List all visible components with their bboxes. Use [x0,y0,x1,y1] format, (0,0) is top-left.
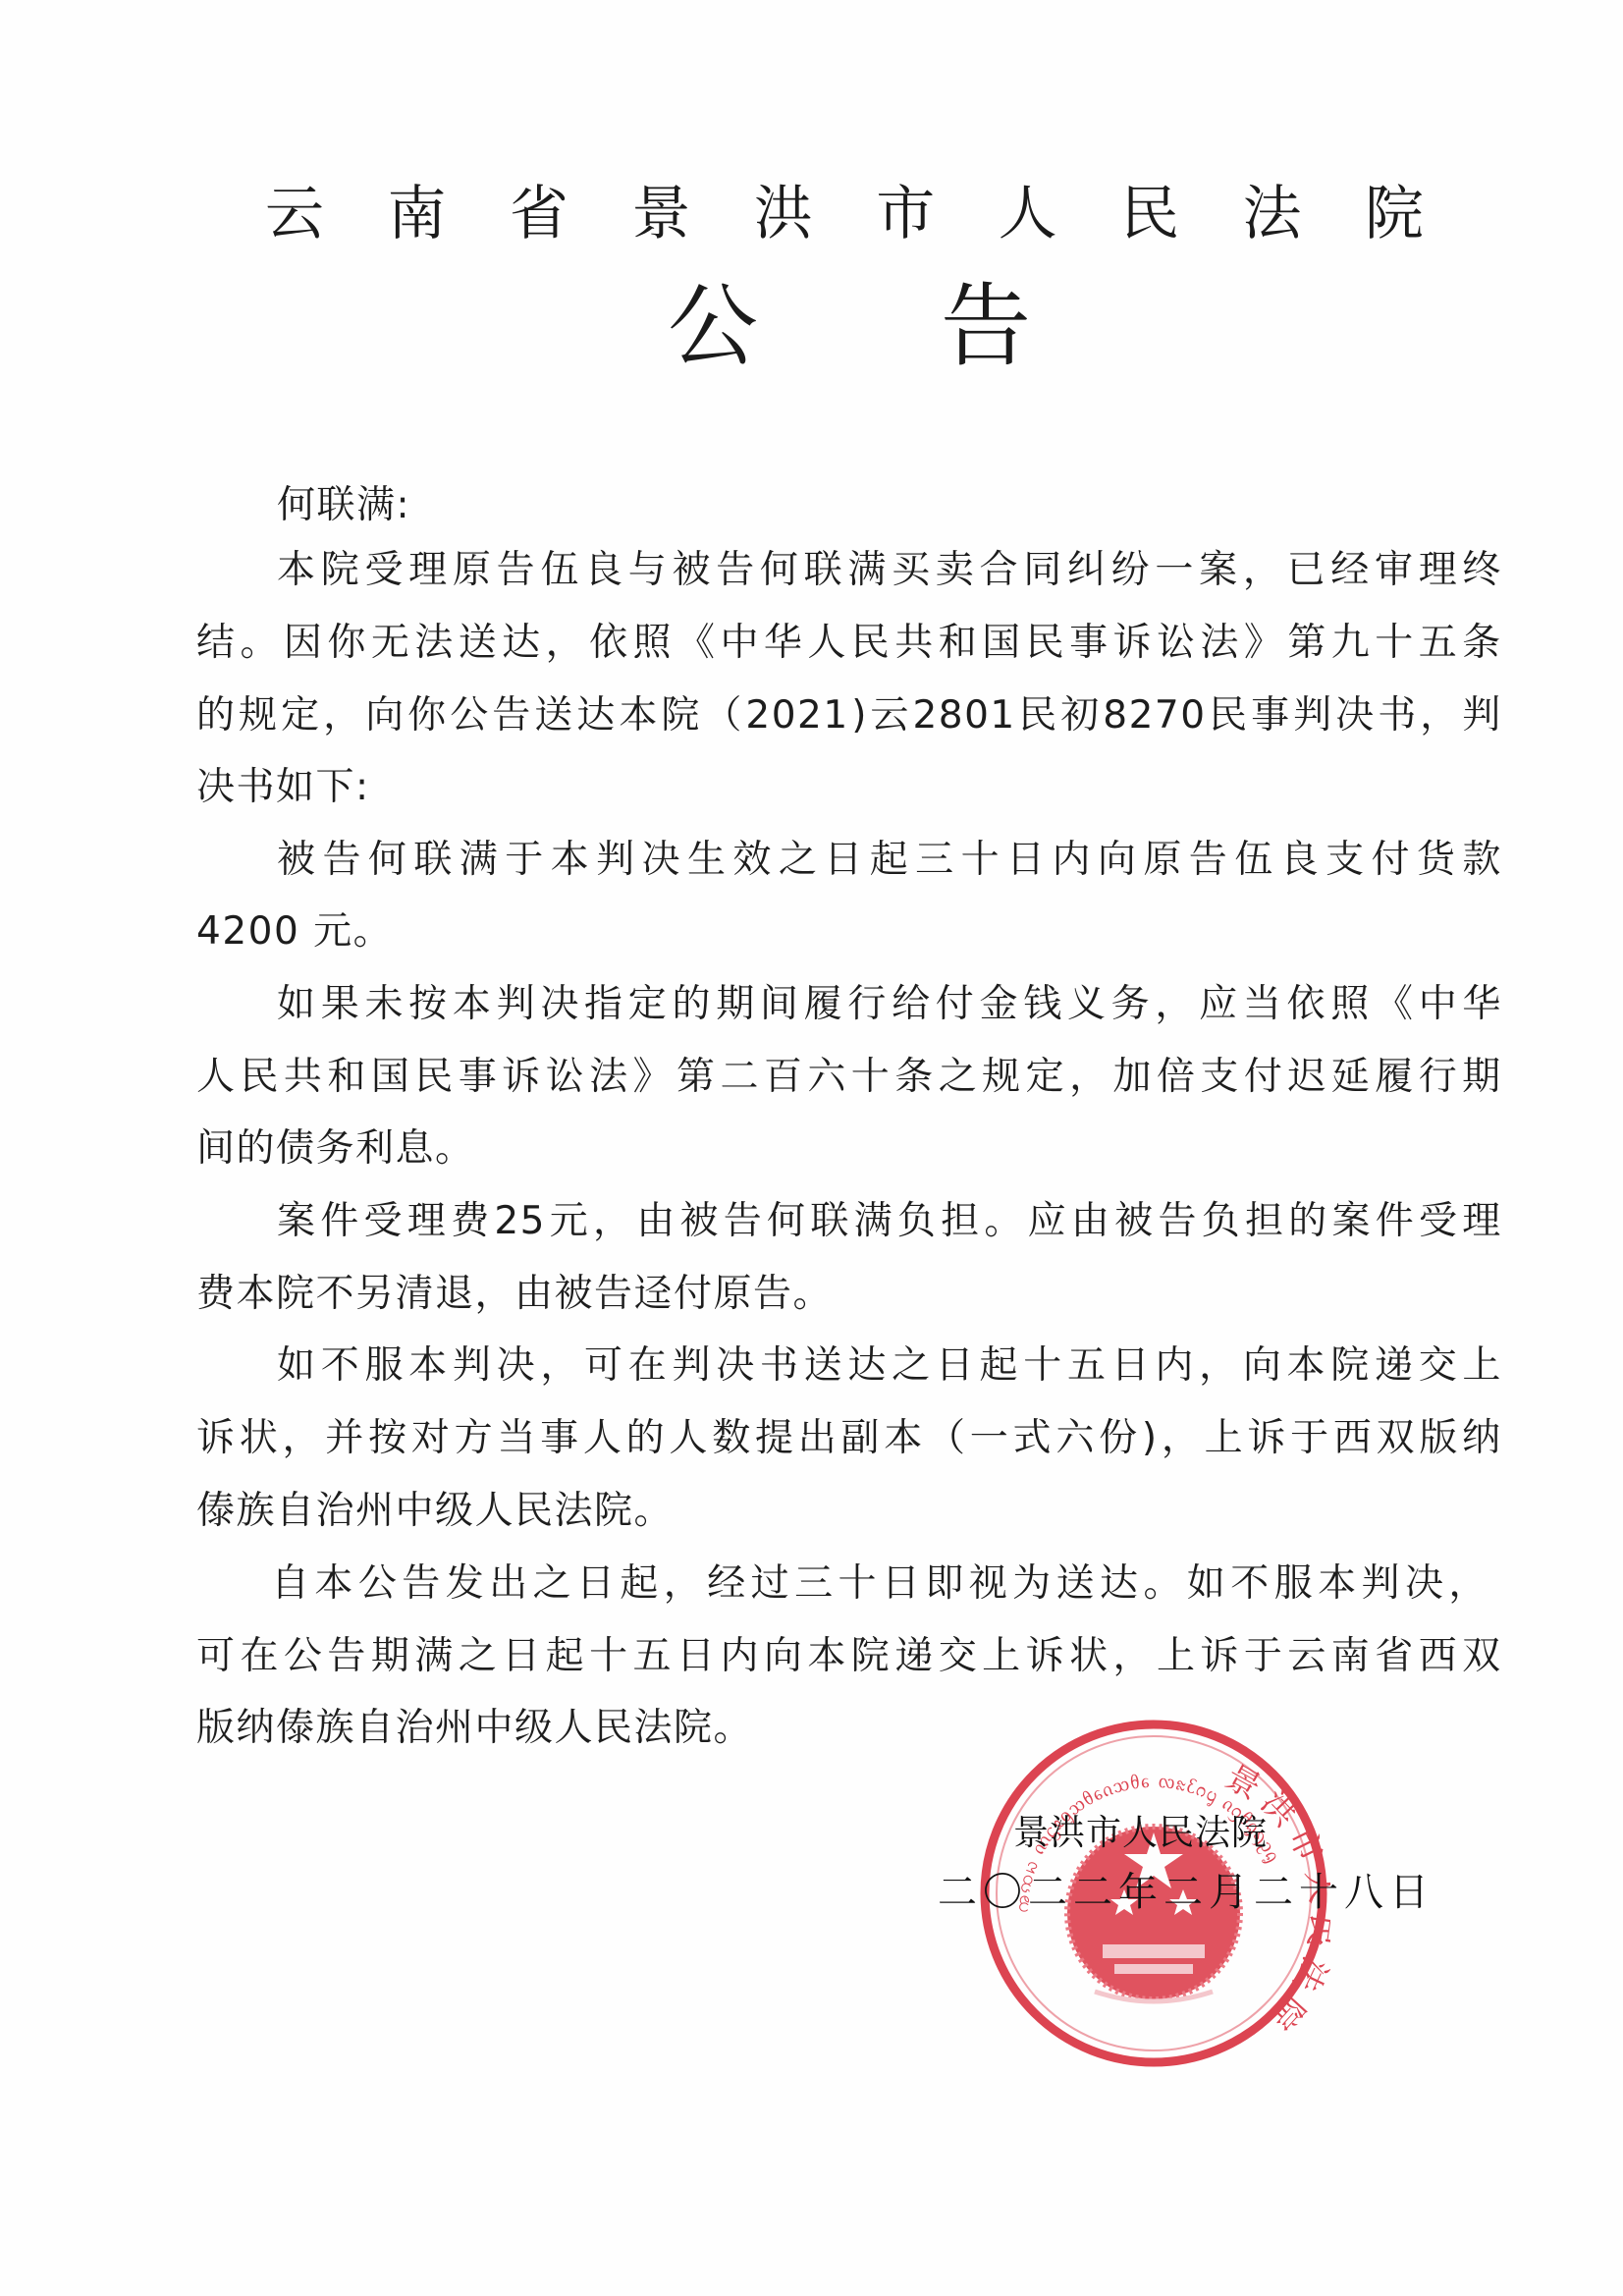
court-name-char: 省 [510,175,568,253]
body-line: 版纳傣族自治州中级人民法院。 [196,1694,753,1763]
court-name-char: 市 [876,175,935,253]
body-line: 傣族自治州中级人民法院。 [196,1477,674,1546]
body-line: 如不服本判决，可在判决书送达之日起十五日内，向本院递交上 [277,1332,1502,1400]
body-line: 案件受理费25元，由被告何联满负担。应由被告负担的案件受理 [277,1187,1502,1256]
court-name-char: 民 [1120,175,1179,253]
court-name-char: 景 [631,175,690,253]
notice-title-char: 告 [941,273,1031,381]
body-line: 人民共和国民事诉讼法》第二百六十条之规定，加倍支付迟延履行期 [196,1043,1502,1112]
body-line: 如果未按本判决指定的期间履行给付金钱义务，应当依照《中华 [277,970,1502,1039]
court-name-char: 院 [1365,175,1424,253]
issue-date: 二〇二二年二月二十八日 [938,1861,1434,1917]
document-page: 云 南 省 景 洪 市 人 民 法 院 公 告 何联满: 本院受理原告伍良与被告… [0,0,1623,2296]
body-line: 被告何联满于本判决生效之日起三十日内向原告伍良支付货款 [277,826,1502,895]
notice-title-char: 公 [668,273,758,381]
body-line: 间的债务利息。 [196,1115,475,1183]
body-line: 结。因你无法送达，依照《中华人民共和国民事诉讼法》第九十五条 [196,609,1502,678]
court-name-heading: 云 南 省 景 洪 市 人 民 法 院 [265,175,1424,253]
body-line: 自本公告发出之日起，经过三十日即视为送达。如不服本判决， [271,1550,1488,1618]
body-line: 本院受理原告伍良与被告何联满买卖合同纠纷一案，已经审理终 [277,536,1502,605]
court-signature: 景洪市人民法院 [1013,1805,1268,1855]
salutation: 何联满: [277,471,410,540]
body-line: 的规定，向你公告送达本院（2021)云2801民初8270民事判决书，判 [196,682,1502,750]
body-line: 诉状，并按对方当事人的人数提出副本（一式六份)，上诉于西双版纳 [196,1404,1502,1473]
body-line: 可在公告期满之日起十五日内向本院递交上诉状，上诉于云南省西双 [196,1622,1502,1691]
court-name-char: 云 [265,175,324,253]
court-name-char: 法 [1243,175,1302,253]
notice-title: 公 告 [668,273,1031,381]
court-name-char: 南 [387,175,446,253]
body-line: 4200 元。 [196,898,393,966]
court-name-char: 洪 [754,175,813,253]
body-line: 决书如下: [196,753,370,822]
court-name-char: 人 [999,175,1057,253]
body-line: 费本院不另清退，由被告迳付原告。 [196,1260,833,1329]
